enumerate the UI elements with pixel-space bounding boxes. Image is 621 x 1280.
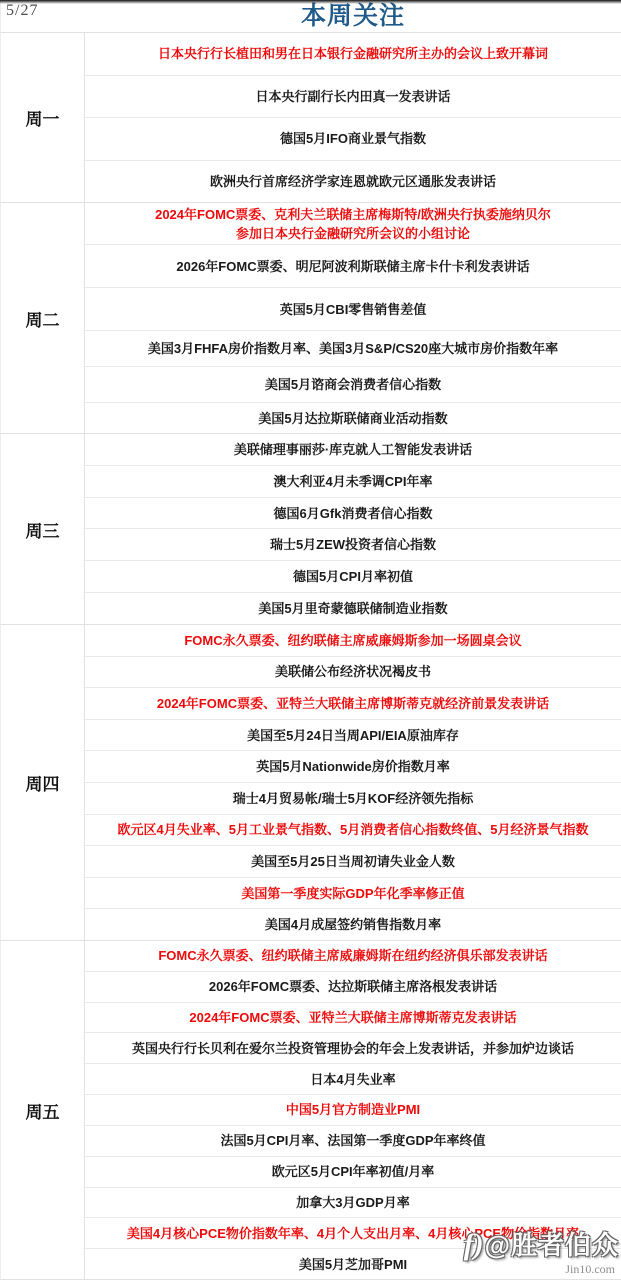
event-row: 日本央行副行长内田真一发表讲话 <box>85 76 621 119</box>
event-row: 美国4月成屋签约销售指数月率 <box>85 909 621 940</box>
event-text: 美国5月芝加哥PMI <box>299 1255 407 1274</box>
event-text: 美国3月FHFA房价指数月率、美国3月S&P/CS20座大城市房价指数年率 <box>148 339 558 358</box>
event-row: 美国5月芝加哥PMI <box>85 1249 621 1279</box>
event-text-highlight: 美国4月核心PCE物价指数年率、4月个人支出月率、4月核心PCE物价指数月率 <box>127 1224 579 1243</box>
event-text: 美国5月达拉斯联储商业活动指数 <box>258 409 447 428</box>
day-label: 周五 <box>1 941 85 1279</box>
page-title: 本周关注 <box>85 0 621 33</box>
event-text: 加拿大3月GDP月率 <box>296 1193 409 1212</box>
event-row: 美国5月达拉斯联储商业活动指数 <box>85 403 621 433</box>
event-row: 德国5月CPI月率初值 <box>85 561 621 593</box>
event-row: 法国5月CPI月率、法国第一季度GDP年率终值 <box>85 1126 621 1157</box>
day-events: 日本央行行长植田和男在日本银行金融研究所主办的会议上致开幕词日本央行副行长内田真… <box>85 33 621 202</box>
event-text-highlight: 日本央行行长植田和男在日本银行金融研究所主办的会议上致开幕词 <box>158 44 548 63</box>
event-row: 德国6月Gfk消费者信心指数 <box>85 498 621 530</box>
event-row: 美国4月核心PCE物价指数年率、4月个人支出月率、4月核心PCE物价指数月率 <box>85 1218 621 1249</box>
event-row: 美联储理事丽莎·库克就人工智能发表讲话 <box>85 434 621 466</box>
event-text-highlight: 美国第一季度实际GDP年化季率修正值 <box>241 884 464 903</box>
day-group: 周五FOMC永久票委、纽约联储主席威廉姆斯在纽约经济俱乐部发表讲话2026年FO… <box>0 941 621 1280</box>
event-text: 2026年FOMC票委、达拉斯联储主席洛根发表讲话 <box>209 977 497 996</box>
event-row: 澳大利亚4月未季调CPI年率 <box>85 466 621 498</box>
event-text: 英国央行行长贝利在爱尔兰投资管理协会的年会上发表讲话，并参加炉边谈话 <box>132 1039 574 1058</box>
event-text: 瑞士5月ZEW投资者信心指数 <box>270 535 436 554</box>
day-group: 周三美联储理事丽莎·库克就人工智能发表讲话澳大利亚4月未季调CPI年率德国6月G… <box>0 434 621 625</box>
day-events: FOMC永久票委、纽约联储主席威廉姆斯在纽约经济俱乐部发表讲话2026年FOMC… <box>85 941 621 1279</box>
day-label: 周一 <box>1 33 85 202</box>
day-label: 周三 <box>1 434 85 624</box>
event-text: 德国6月Gfk消费者信心指数 <box>274 504 433 523</box>
event-text-highlight: 2024年FOMC票委、克利夫兰联储主席梅斯特/欧洲央行执委施纳贝尔 参加日本央… <box>155 205 551 243</box>
event-row: 瑞士4月贸易帐/瑞士5月KOF经济领先指标 <box>85 783 621 815</box>
event-row: 欧元区5月CPI年率初值/月率 <box>85 1157 621 1188</box>
event-text: 德国5月IFO商业景气指数 <box>280 129 426 148</box>
header-date: 5/27 <box>6 2 38 20</box>
day-group: 周四FOMC永久票委、纽约联储主席威廉姆斯参加一场圆桌会议美联储公布经济状况褐皮… <box>0 625 621 941</box>
event-row: 英国5月CBI零售销售差值 <box>85 288 621 331</box>
event-row: 德国5月IFO商业景气指数 <box>85 118 621 161</box>
event-row: FOMC永久票委、纽约联储主席威廉姆斯参加一场圆桌会议 <box>85 625 621 657</box>
event-row: 2024年FOMC票委、克利夫兰联储主席梅斯特/欧洲央行执委施纳贝尔 参加日本央… <box>85 203 621 245</box>
event-text: 瑞士4月贸易帐/瑞士5月KOF经济领先指标 <box>233 789 474 808</box>
event-text-highlight: 2024年FOMC票委、亚特兰大联储主席博斯蒂克就经济前景发表讲话 <box>157 694 549 713</box>
event-row: 日本4月失业率 <box>85 1064 621 1095</box>
event-text: 2026年FOMC票委、明尼阿波利斯联储主席卡什卡利发表讲话 <box>176 257 529 276</box>
event-row: 2024年FOMC票委、亚特兰大联储主席博斯蒂克发表讲话 <box>85 1003 621 1034</box>
event-row: 英国5月Nationwide房价指数月率 <box>85 751 621 783</box>
event-text: 澳大利亚4月未季调CPI年率 <box>274 472 433 491</box>
event-row: 美国第一季度实际GDP年化季率修正值 <box>85 878 621 910</box>
event-row: 2026年FOMC票委、明尼阿波利斯联储主席卡什卡利发表讲话 <box>85 245 621 288</box>
event-text: 美国5月谘商会消费者信心指数 <box>265 375 441 394</box>
event-text: 美联储理事丽莎·库克就人工智能发表讲话 <box>234 440 472 459</box>
day-group: 周二2024年FOMC票委、克利夫兰联储主席梅斯特/欧洲央行执委施纳贝尔 参加日… <box>0 203 621 434</box>
weekly-events-table: 周一日本央行行长植田和男在日本银行金融研究所主办的会议上致开幕词日本央行副行长内… <box>0 33 621 1280</box>
event-text: 美国至5月25日当周初请失业金人数 <box>251 852 455 871</box>
event-row: 美国至5月24日当周API/EIA原油库存 <box>85 720 621 752</box>
event-text: 欧元区5月CPI年率初值/月率 <box>272 1162 435 1181</box>
event-row: 2024年FOMC票委、亚特兰大联储主席博斯蒂克就经济前景发表讲话 <box>85 688 621 720</box>
day-events: 美联储理事丽莎·库克就人工智能发表讲话澳大利亚4月未季调CPI年率德国6月Gfk… <box>85 434 621 624</box>
event-row: 欧元区4月失业率、5月工业景气指数、5月消费者信心指数终值、5月经济景气指数 <box>85 815 621 847</box>
event-row: 英国央行行长贝利在爱尔兰投资管理协会的年会上发表讲话，并参加炉边谈话 <box>85 1033 621 1064</box>
event-row: FOMC永久票委、纽约联储主席威廉姆斯在纽约经济俱乐部发表讲话 <box>85 941 621 972</box>
event-row: 加拿大3月GDP月率 <box>85 1188 621 1219</box>
day-label: 周四 <box>1 625 85 940</box>
event-text: 美国至5月24日当周API/EIA原油库存 <box>247 726 459 745</box>
event-text-highlight: 2024年FOMC票委、亚特兰大联储主席博斯蒂克发表讲话 <box>189 1008 516 1027</box>
event-text-highlight: 中国5月官方制造业PMI <box>286 1100 420 1119</box>
day-label: 周二 <box>1 203 85 433</box>
event-row: 欧洲央行首席经济学家连恩就欧元区通胀发表讲话 <box>85 161 621 203</box>
day-events: FOMC永久票委、纽约联储主席威廉姆斯参加一场圆桌会议美联储公布经济状况褐皮书2… <box>85 625 621 940</box>
event-row: 2026年FOMC票委、达拉斯联储主席洛根发表讲话 <box>85 972 621 1003</box>
event-text: 日本4月失业率 <box>310 1070 395 1089</box>
event-text: 美国4月成屋签约销售指数月率 <box>265 915 441 934</box>
event-text: 英国5月Nationwide房价指数月率 <box>256 757 450 776</box>
day-events: 2024年FOMC票委、克利夫兰联储主席梅斯特/欧洲央行执委施纳贝尔 参加日本央… <box>85 203 621 433</box>
event-row: 美国至5月25日当周初请失业金人数 <box>85 846 621 878</box>
day-group: 周一日本央行行长植田和男在日本银行金融研究所主办的会议上致开幕词日本央行副行长内… <box>0 33 621 203</box>
event-text: 英国5月CBI零售销售差值 <box>280 300 427 319</box>
event-text: 欧洲央行首席经济学家连恩就欧元区通胀发表讲话 <box>210 172 496 191</box>
event-text-highlight: 欧元区4月失业率、5月工业景气指数、5月消费者信心指数终值、5月经济景气指数 <box>118 820 589 839</box>
event-text: 法国5月CPI月率、法国第一季度GDP年率终值 <box>220 1131 485 1150</box>
event-row: 美国5月里奇蒙德联储制造业指数 <box>85 593 621 624</box>
event-text: 日本央行副行长内田真一发表讲话 <box>255 87 450 106</box>
event-row: 美国5月谘商会消费者信心指数 <box>85 367 621 403</box>
event-text: 美联储公布经济状况褐皮书 <box>275 662 431 681</box>
event-row: 中国5月官方制造业PMI <box>85 1095 621 1126</box>
event-row: 日本央行行长植田和男在日本银行金融研究所主办的会议上致开幕词 <box>85 33 621 76</box>
event-row: 美联储公布经济状况褐皮书 <box>85 657 621 689</box>
event-row: 瑞士5月ZEW投资者信心指数 <box>85 529 621 561</box>
event-text: 德国5月CPI月率初值 <box>293 567 413 586</box>
event-text: 美国5月里奇蒙德联储制造业指数 <box>258 599 447 618</box>
event-text-highlight: FOMC永久票委、纽约联储主席威廉姆斯参加一场圆桌会议 <box>184 631 521 650</box>
event-row: 美国3月FHFA房价指数月率、美国3月S&P/CS20座大城市房价指数年率 <box>85 331 621 367</box>
event-text-highlight: FOMC永久票委、纽约联储主席威廉姆斯在纽约经济俱乐部发表讲话 <box>158 946 547 965</box>
header: 5/27 本周关注 <box>0 0 621 33</box>
